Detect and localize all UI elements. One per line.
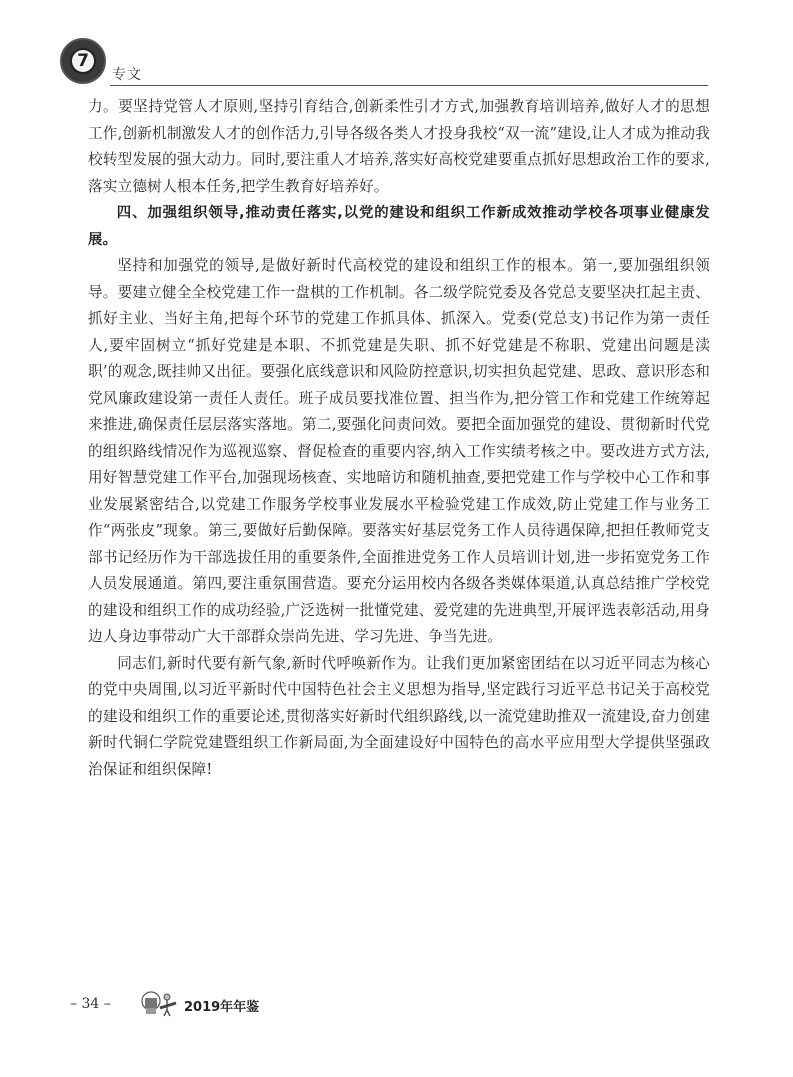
article-body: 力。要坚持党管人才原则,坚持引育结合,创新柔性引才方式,加强教育培训培养,做好人…: [88, 94, 710, 783]
header-rule: [110, 85, 708, 86]
logo-glyph: 7: [72, 51, 94, 71]
paragraph: 坚持和加强党的领导,是做好新时代高校党的建设和组织工作的根本。第一,要加强组织领…: [88, 253, 710, 651]
paragraph-continuation: 力。要坚持党管人才原则,坚持引育结合,创新柔性引才方式,加强教育培训培养,做好人…: [88, 94, 710, 200]
paragraph: 同志们,新时代要有新气象,新时代呼唤新作为。让我们更加紧密团结在以习近平同志为核…: [88, 651, 710, 784]
page-footer: – 34 – 2019年年鉴: [70, 990, 370, 1020]
publication-title: 2019年年鉴: [184, 996, 259, 1015]
page-header: 7 专文: [60, 38, 710, 88]
university-logo-icon: 7: [60, 38, 106, 84]
mascot-icon: [140, 990, 178, 1018]
page-number: – 34 –: [70, 996, 111, 1012]
section-label: 专文: [112, 64, 142, 84]
section-heading: 四、加强组织领导,推动责任落实,以党的建设和组织工作新成效推动学校各项事业健康发…: [88, 200, 710, 253]
